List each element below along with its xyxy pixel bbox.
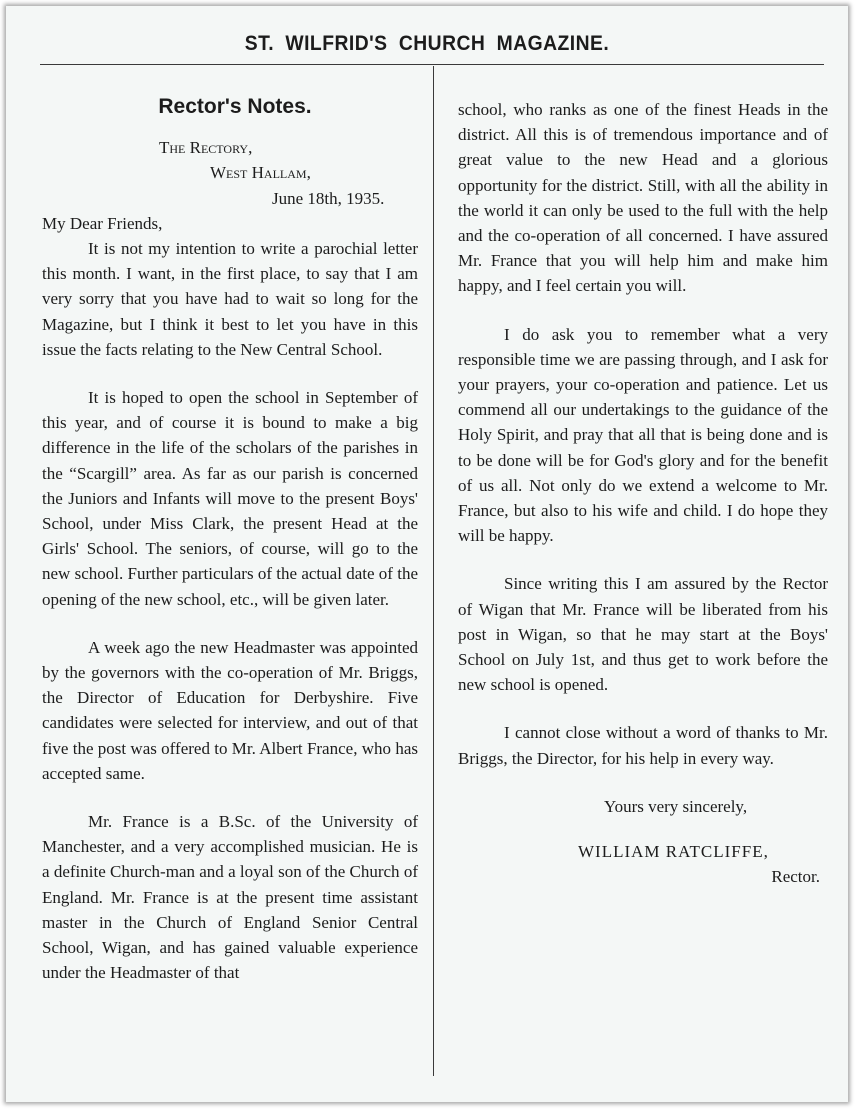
letter-closing: Yours very sincerely, [458, 794, 828, 819]
magazine-masthead: ST. WILFRID'S CHURCH MAGAZINE. [40, 32, 815, 56]
right-column: school, who ranks as one of the finest H… [458, 97, 828, 889]
header-rule [40, 64, 824, 65]
magazine-page: ST. WILFRID'S CHURCH MAGAZINE. Rector's … [6, 6, 848, 1102]
paragraph-school-opening: It is hoped to open the school in Septem… [42, 385, 418, 612]
paragraph-since-writing: Since writing this I am assured by the R… [458, 571, 828, 697]
letter-date: June 18th, 1935. [42, 186, 418, 211]
paragraph-mr-france-bio: Mr. France is a B.Sc. of the University … [42, 809, 418, 985]
paragraph-intro: It is not my intention to write a paroch… [42, 236, 418, 362]
column-divider [433, 66, 434, 1076]
address-line-2: West Hallam, [42, 160, 418, 185]
paragraph-prayers: I do ask you to remember what a very res… [458, 322, 828, 549]
paragraph-mr-france-bio-continued: school, who ranks as one of the finest H… [458, 97, 828, 299]
salutation: My Dear Friends, [42, 211, 418, 236]
paragraph-headmaster-appointed: A week ago the new Headmaster was appoin… [42, 635, 418, 786]
article-heading: Rector's Notes. [42, 94, 418, 119]
letter-signature: WILLIAM RATCLIFFE, [458, 839, 828, 864]
signature-title: Rector. [458, 864, 828, 889]
left-column: Rector's Notes. The Rectory, West Hallam… [42, 94, 418, 986]
paragraph-thanks: I cannot close without a word of thanks … [458, 720, 828, 770]
address-line-1: The Rectory, [42, 135, 418, 160]
